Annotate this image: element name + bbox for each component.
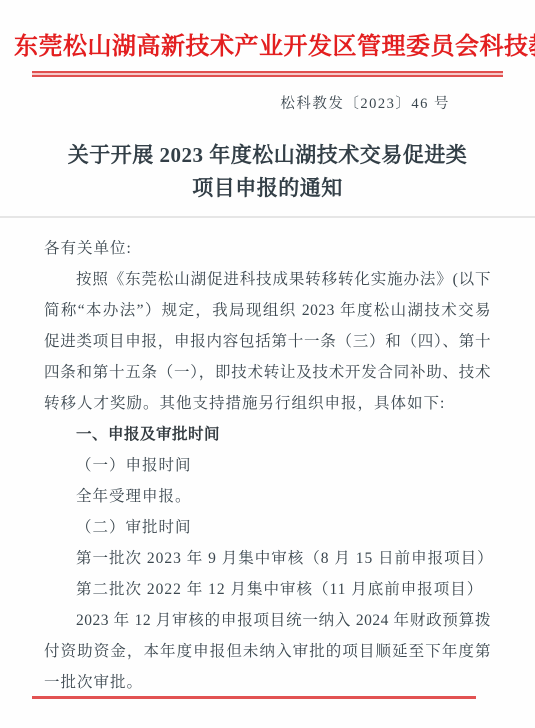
footer-red-rule: [32, 696, 476, 699]
body-line: 简称“本办法”）规定，我局现组织 2023 年度松山湖技术交易: [44, 295, 491, 326]
body-line: 2023 年 12 月审核的申报项目统一纳入 2024 年财政预算拨: [44, 605, 491, 636]
body-line: 四条和第十五条（一），即技术转让及技术开发合同补助、技术: [44, 357, 491, 388]
body-line-salutation: 各有关单位:: [44, 233, 491, 264]
document-number: 松科教发〔2023〕46 号: [0, 92, 535, 113]
body-line: 全年受理申报。: [44, 481, 491, 512]
document-page: 东莞松山湖高新技术产业开发区管理委员会科技教育局 松科教发〔2023〕46 号 …: [0, 0, 535, 728]
letterhead-red-rule: [32, 71, 503, 77]
body-line: 付资助资金，本年度申报但未纳入审批的项目顺延至下年度第: [44, 636, 491, 667]
document-title: 关于开展 2023 年度松山湖技术交易促进类 项目申报的通知: [0, 139, 535, 205]
body-subheading: （二）审批时间: [44, 512, 491, 543]
body-line: 按照《东莞松山湖促进科技成果转移转化实施办法》(以下: [44, 264, 491, 295]
letterhead-agency-name: 东莞松山湖高新技术产业开发区管理委员会科技教育局: [14, 30, 521, 64]
body-line: 一批次审批。: [44, 667, 491, 698]
body-line: 第二批次 2022 年 12 月集中审核（11 月底前申报项目）: [44, 574, 491, 605]
body-line: 促进类项目申报，申报内容包括第十一条（三）和（四）、第十: [44, 326, 491, 357]
document-title-line-2: 项目申报的通知: [0, 172, 535, 205]
document-body: 各有关单位: 按照《东莞松山湖促进科技成果转移转化实施办法》(以下 简称“本办法…: [44, 233, 491, 698]
body-line: 第一批次 2023 年 9 月集中审核（8 月 15 日前申报项目）: [44, 543, 491, 574]
title-divider-rule: [0, 216, 535, 218]
body-subheading: （一）申报时间: [44, 450, 491, 481]
body-section-heading: 一、申报及审批时间: [44, 419, 491, 450]
body-line: 转移人才奖励。其他支持措施另行组织申报，具体如下:: [44, 388, 491, 419]
document-title-line-1: 关于开展 2023 年度松山湖技术交易促进类: [0, 139, 535, 172]
